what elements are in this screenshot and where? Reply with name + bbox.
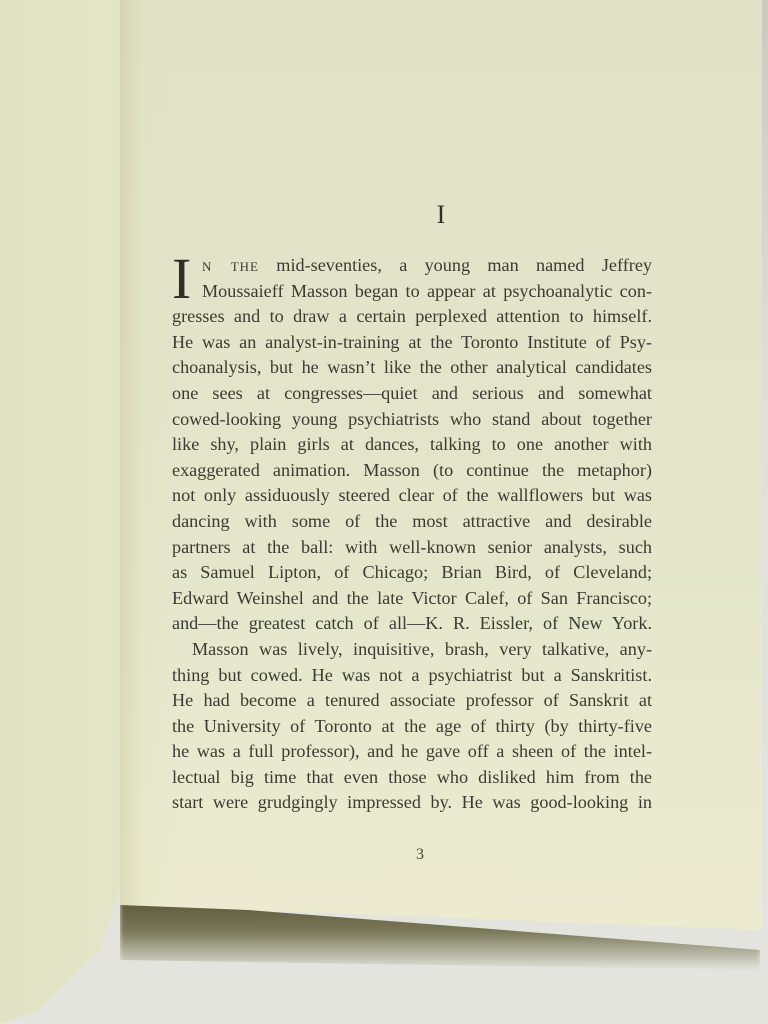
text-line: one sees at congresses—quiet and serious… — [172, 381, 652, 407]
text-line: Masson was lively, inquisitive, brash, v… — [172, 637, 652, 663]
text-line: lectual big time that even those who dis… — [172, 765, 652, 791]
text-line: he was a full professor), and he gave of… — [172, 739, 652, 765]
text-line: start were grudgingly impressed by. He w… — [172, 790, 652, 816]
chapter-number: I — [120, 200, 762, 230]
text-line: cowed-looking young psychiatrists who st… — [172, 407, 652, 433]
text-line: choanalysis, but he wasn’t like the othe… — [172, 355, 652, 381]
text-line: Moussaieff Masson began to appear at psy… — [172, 279, 652, 305]
text-line: thing but cowed. He was not a psychiatri… — [172, 663, 652, 689]
text-line: He had become a tenured associate profes… — [172, 688, 652, 714]
text-line: as Samuel Lipton, of Chicago; Brian Bird… — [172, 560, 652, 586]
drop-cap: I — [172, 255, 191, 303]
text-line: n the mid-seventies, a young man named J… — [172, 253, 652, 279]
text-line: Edward Weinshel and the late Victor Cale… — [172, 586, 652, 612]
text-line: and—the greatest catch of all—K. R. Eiss… — [172, 611, 652, 637]
text-line: exaggerated animation. Masson (to contin… — [172, 458, 652, 484]
text-line: partners at the ball: with well-known se… — [172, 535, 652, 561]
page-number: 3 — [120, 846, 720, 864]
body-text: I n the mid-seventies, a young man named… — [172, 253, 652, 816]
text-line: gresses and to draw a certain perplexed … — [172, 304, 652, 330]
right-page: I I n the mid-seventies, a young man nam… — [120, 0, 762, 935]
text-line: dancing with some of the most attractive… — [172, 509, 652, 535]
text-line: He was an analyst-in-training at the Tor… — [172, 330, 652, 356]
text-line: the University of Toronto at the age of … — [172, 714, 652, 740]
lead-in-smallcaps: n the — [202, 255, 259, 275]
text-line: like shy, plain girls at dances, talking… — [172, 432, 652, 458]
text-line: not only assiduously steered clear of th… — [172, 483, 652, 509]
